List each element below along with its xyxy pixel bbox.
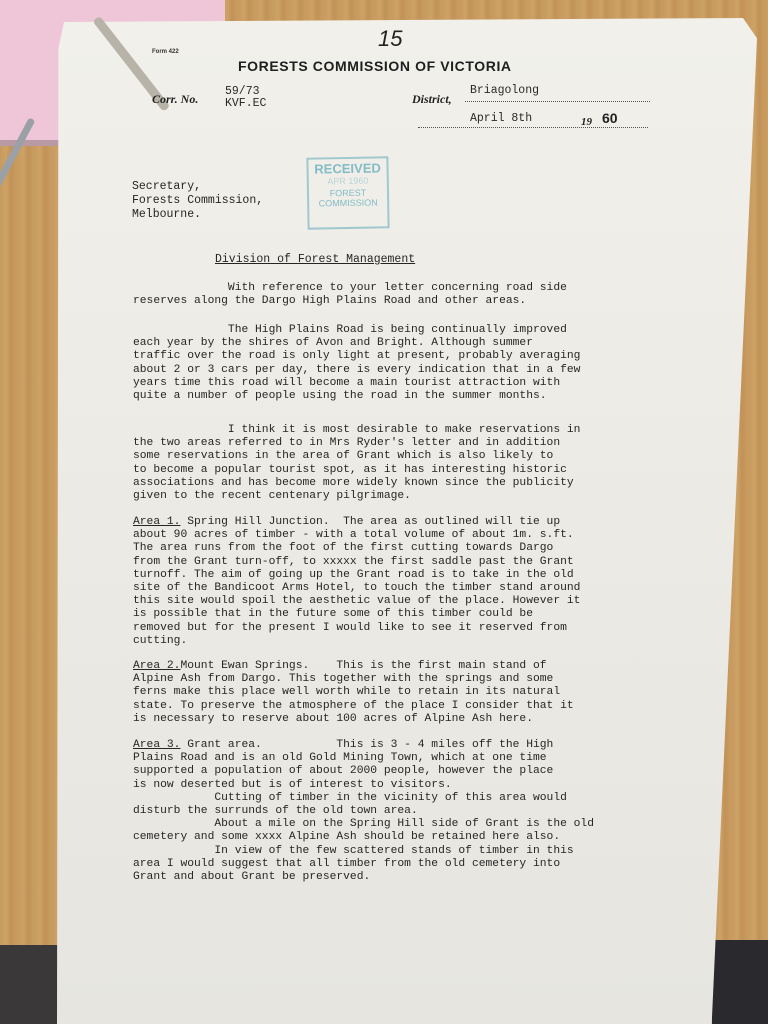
corr-no-value: 59/73 KVF.EC (225, 86, 266, 110)
area1-text: Spring Hill Junction. The area as outlin… (133, 516, 580, 648)
recipient-address: Secretary, Forests Commission, Melbourne… (132, 180, 263, 222)
corr-no-label: Corr. No. (152, 92, 198, 107)
stamp-line1: RECEIVED (308, 160, 386, 176)
background-object (0, 945, 60, 1024)
paragraph-intro: With reference to your letter concerning… (133, 282, 567, 308)
stamp-line4: COMMISSION (309, 197, 387, 208)
stamp-line2: APR 1960 (309, 175, 387, 186)
handwritten-page-number: 15 (378, 26, 402, 52)
year-value: 60 (602, 110, 618, 126)
received-stamp: RECEIVED APR 1960 FOREST COMMISSION (306, 156, 389, 229)
date-dotted-line (418, 127, 648, 128)
date-value: April 8th (470, 112, 532, 125)
district-dotted-line (465, 101, 650, 102)
area2-text: Mount Ewan Springs. This is the first ma… (133, 660, 574, 726)
area3-text: Grant area. This is 3 - 4 miles off the … (133, 739, 594, 884)
letterhead-title: FORESTS COMMISSION OF VICTORIA (238, 58, 512, 74)
paragraph-road: The High Plains Road is being continuall… (133, 324, 580, 403)
district-value: Briagolong (470, 84, 539, 97)
corr-no-line2: KVF.EC (225, 98, 266, 110)
paragraph-reservations: I think it is most desirable to make res… (133, 424, 580, 503)
background-object (712, 940, 768, 1024)
form-number: Form 422 (152, 49, 179, 55)
district-label: District, (412, 92, 452, 107)
subject-heading: Division of Forest Management (215, 253, 415, 266)
